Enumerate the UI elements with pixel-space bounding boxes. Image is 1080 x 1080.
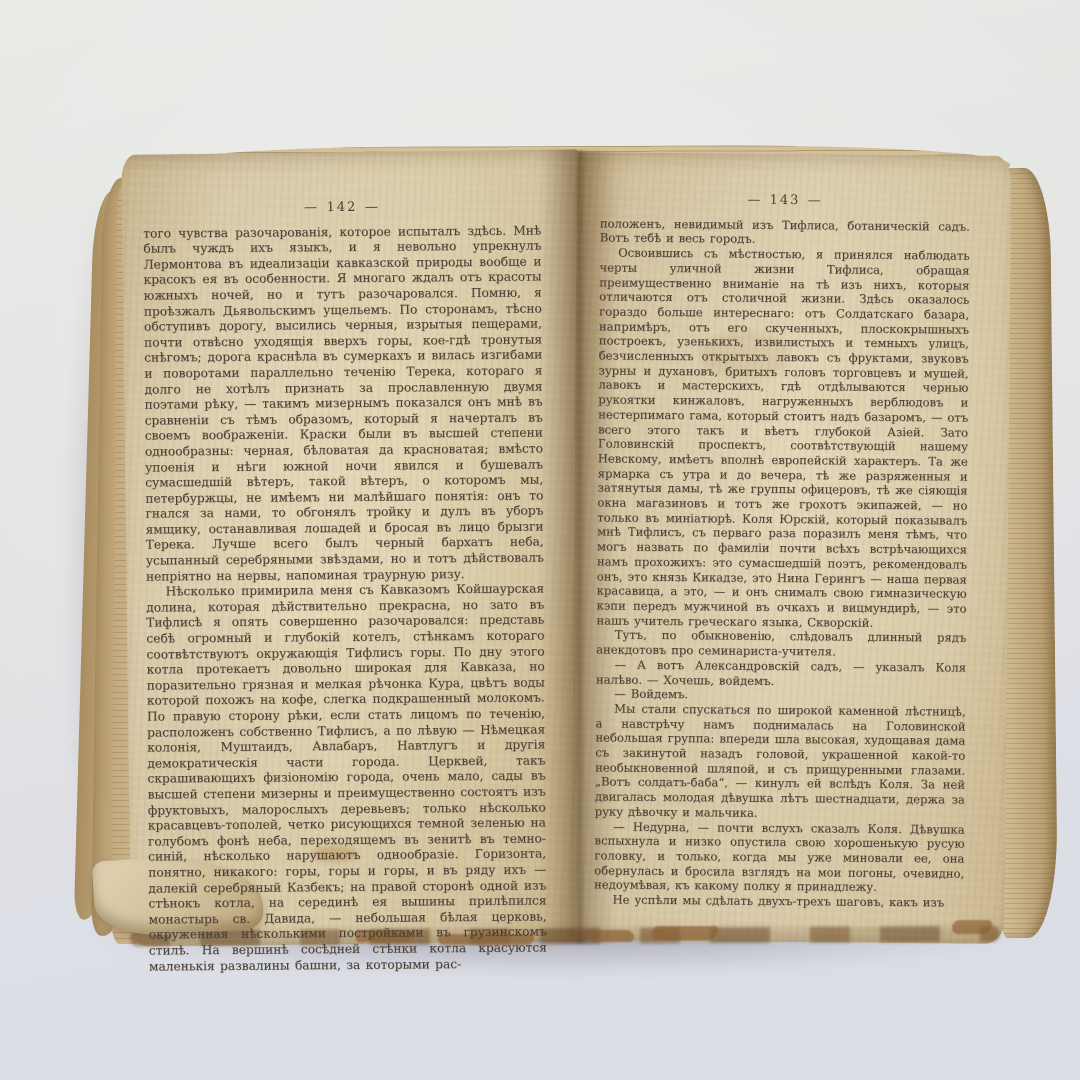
torn-edge-patch: [588, 930, 634, 942]
paragraph: — А вотъ Александровскій садъ, — указалъ…: [596, 657, 966, 690]
torn-edge-patch: [652, 926, 718, 940]
book-photo: — 142 — того чувства разочарованія, кото…: [0, 0, 1080, 1080]
paragraph: того чувства разочарованія, которое испы…: [143, 223, 544, 585]
left-page-number: — 142 —: [143, 198, 541, 217]
paragraph: положенъ, невидимый изъ Тифлиса, ботанич…: [600, 216, 970, 249]
right-page-text: — 143 — положенъ, невидимый изъ Тифлиса,…: [594, 192, 970, 910]
right-page-number: — 143 —: [600, 192, 970, 210]
paragraph: — Недурна, — почти вслухъ сказалъ Коля. …: [594, 819, 965, 896]
paragraph: Освоившись съ мѣстностью, я принялся наб…: [596, 246, 969, 631]
torn-edge-patch: [952, 920, 992, 934]
paragraph: Нѣсколько примирила меня съ Кавказомъ Ко…: [146, 582, 547, 975]
paragraph: Тутъ, по обыкновенію, слѣдовалъ длинный …: [596, 628, 966, 661]
paragraph: Мы стали спускаться по широкой каменной …: [595, 701, 966, 822]
left-page-text: — 142 — того чувства разочарованія, кото…: [143, 198, 547, 974]
